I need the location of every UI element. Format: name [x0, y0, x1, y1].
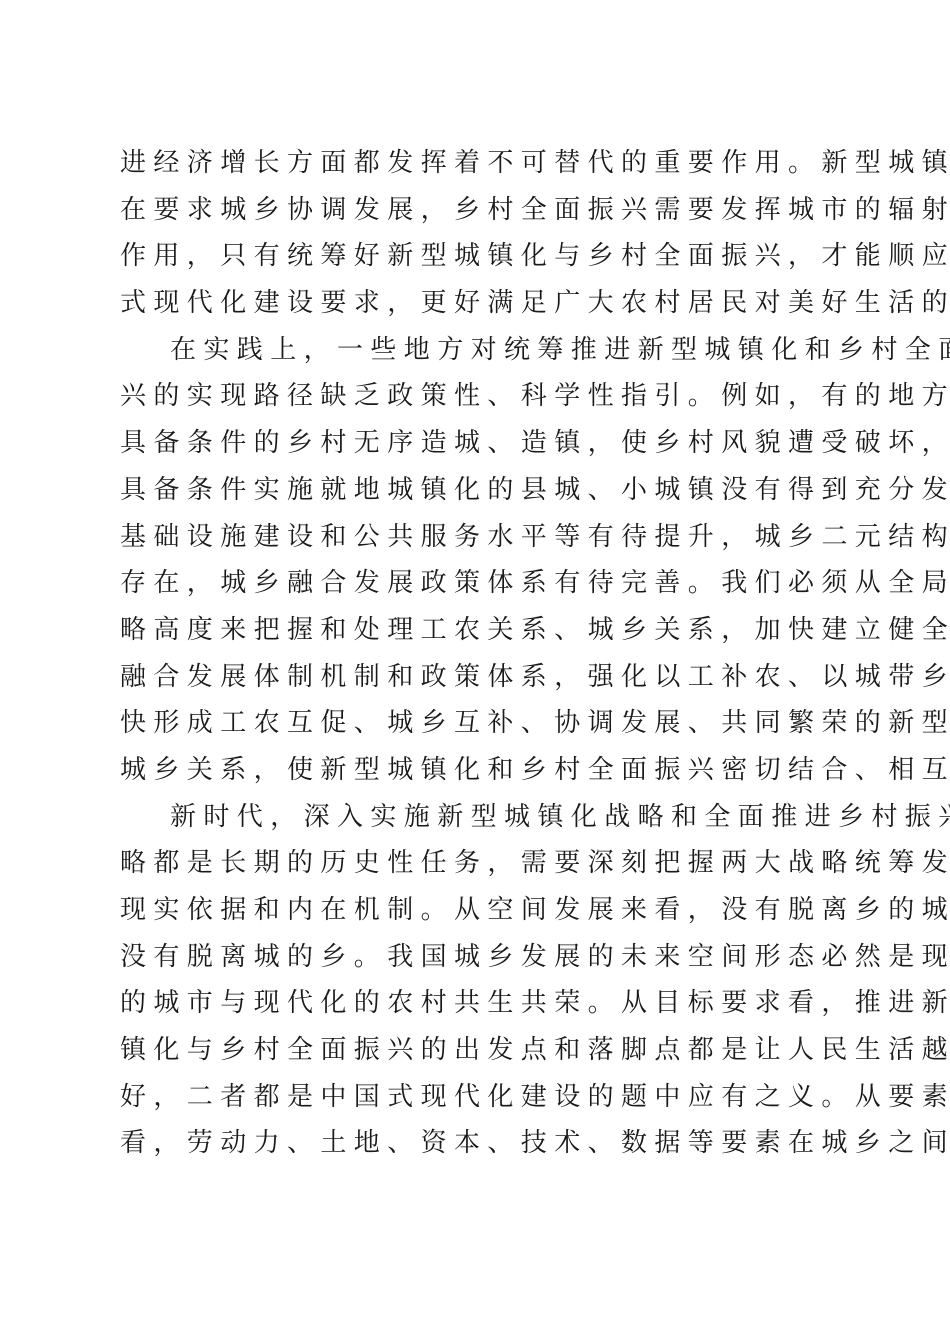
text-line: 融合发展体制机制和政策体系，强化以工补农、以城带乡，加 [120, 654, 832, 701]
text-line: 进经济增长方面都发挥着不可替代的重要作用。新型城镇化内 [120, 140, 832, 187]
text-line: 的城市与现代化的农村共生共荣。从目标要求看，推进新型城 [120, 980, 832, 1027]
text-line: 没有脱离城的乡。我国城乡发展的未来空间形态必然是现代化 [120, 934, 832, 981]
text-line: 略高度来把握和处理工农关系、城乡关系，加快建立健全城乡 [120, 607, 832, 654]
text-line: 式现代化建设要求，更好满足广大农村居民对美好生活的向往。 [120, 280, 832, 327]
text-line: 城乡关系，使新型城镇化和乡村全面振兴密切结合、相互促进。 [120, 747, 832, 794]
paragraph-start-line: 在实践上，一些地方对统筹推进新型城镇化和乡村全面振 [120, 327, 832, 374]
text-line: 兴的实现路径缺乏政策性、科学性指引。例如，有的地方在不 [120, 373, 832, 420]
document-page: 进经济增长方面都发挥着不可替代的重要作用。新型城镇化内 在要求城乡协调发展，乡村… [120, 140, 832, 1167]
text-line: 快形成工农互促、城乡互补、协调发展、共同繁荣的新型工农 [120, 700, 832, 747]
text-line: 具备条件实施就地城镇化的县城、小城镇没有得到充分发展， [120, 467, 832, 514]
text-line: 基础设施建设和公共服务水平等有待提升，城乡二元结构仍然 [120, 514, 832, 561]
text-line: 具备条件的乡村无序造城、造镇，使乡村风貌遭受破坏，一些 [120, 420, 832, 467]
text-line: 看，劳动力、土地、资本、技术、数据等要素在城乡之间实现 [120, 1120, 832, 1167]
text-line: 现实依据和内在机制。从空间发展来看，没有脱离乡的城，也 [120, 887, 832, 934]
text-line: 作用，只有统筹好新型城镇化与乡村全面振兴，才能顺应中国 [120, 233, 832, 280]
text-line: 镇化与乡村全面振兴的出发点和落脚点都是让人民生活越过越 [120, 1027, 832, 1074]
paragraph-start-line: 新时代，深入实施新型城镇化战略和全面推进乡村振兴战 [120, 794, 832, 841]
text-line: 略都是长期的历史性任务，需要深刻把握两大战略统筹发展的 [120, 840, 832, 887]
text-line: 好，二者都是中国式现代化建设的题中应有之义。从要素角度 [120, 1074, 832, 1121]
text-line: 存在，城乡融合发展政策体系有待完善。我们必须从全局和战 [120, 560, 832, 607]
text-line: 在要求城乡协调发展，乡村全面振兴需要发挥城市的辐射带动 [120, 187, 832, 234]
